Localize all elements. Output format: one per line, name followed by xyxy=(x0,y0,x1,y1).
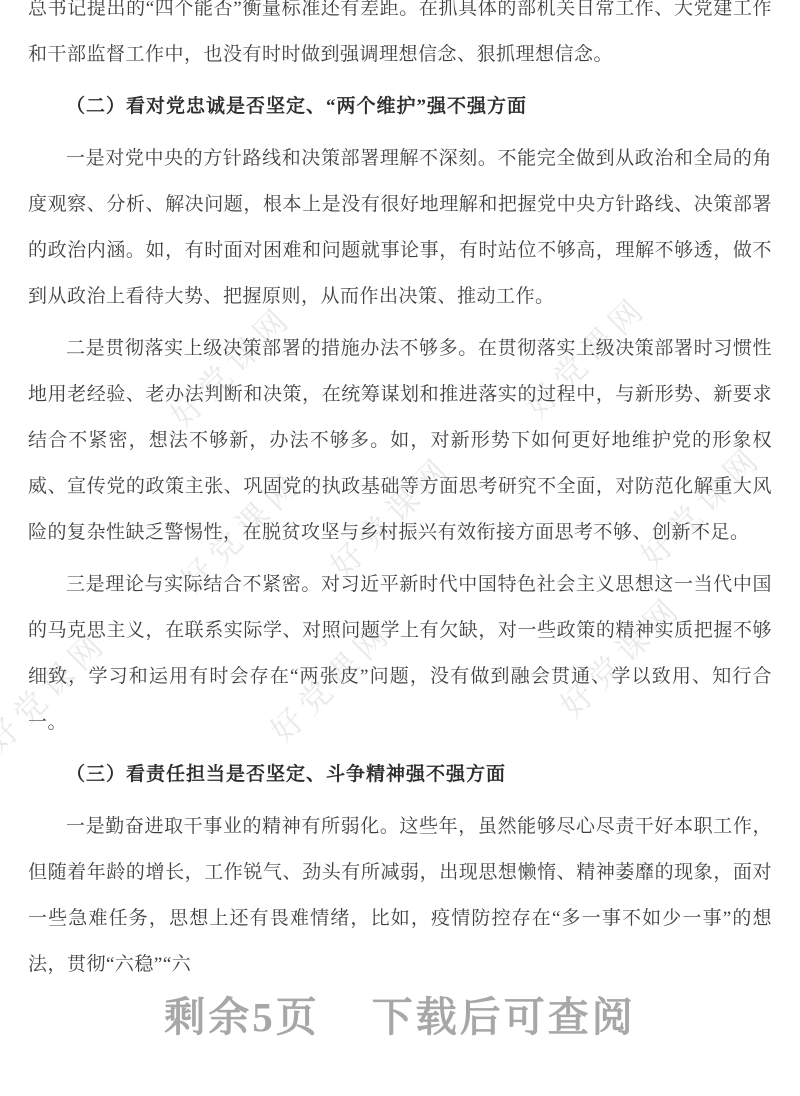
document-body: 总书记提出的“四个能否”衡量标准还有差距。在抓具体的部机关日常工作、大党建工作和… xyxy=(0,0,800,988)
body-paragraph: 总书记提出的“四个能否”衡量标准还有差距。在抓具体的部机关日常工作、大党建工作和… xyxy=(28,0,772,78)
body-paragraph: 二是贯彻落实上级决策部署的措施办法不够多。在贯彻落实上级决策部署时习惯性地用老经… xyxy=(28,326,772,556)
pages-remaining-banner: 剩余5页 下载后可查阅 xyxy=(0,988,800,1046)
body-paragraph: 一是对党中央的方针路线和决策部署理解不深刻。不能完全做到从政治和全局的角度观察、… xyxy=(28,136,772,320)
section-heading: （二）看对党忠诚是否坚定、“两个维护”强不强方面 xyxy=(28,84,772,130)
download-note-label: 下载后可查阅 xyxy=(372,988,636,1046)
remaining-pages-label: 剩余5页 xyxy=(164,988,320,1046)
section-heading: （三）看责任担当是否坚定、斗争精神强不强方面 xyxy=(28,752,772,798)
document-page: 好党课网好党课网好党课网好党课网好党课网好党课网好党课网好党课网 总书记提出的“… xyxy=(0,0,800,1096)
body-paragraph: 三是理论与实际结合不紧密。对习近平新时代中国特色社会主义思想这一当代中国的马克思… xyxy=(28,562,772,746)
body-paragraph: 一是勤奋进取干事业的精神有所弱化。这些年，虽然能够尽心尽责干好本职工作，但随着年… xyxy=(28,804,772,988)
